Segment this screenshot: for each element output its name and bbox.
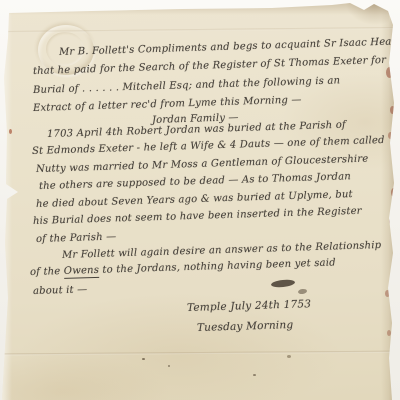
seal-stain — [391, 188, 396, 197]
seal-stain — [388, 132, 393, 139]
seal-stain — [387, 330, 391, 336]
paper-corner-tear — [343, 3, 389, 27]
paper-speck — [142, 358, 145, 360]
paper-speck — [287, 355, 291, 358]
seal-stain — [386, 67, 393, 78]
seal-stain — [389, 217, 395, 225]
paper-speck — [168, 365, 170, 367]
seal-stain — [390, 106, 395, 114]
letter-line: Extract of a letter rec'd from Lyme this… — [33, 95, 302, 114]
paper-speck — [253, 374, 256, 376]
letter-line: Mr B. Follett's Compliments and begs to … — [59, 36, 400, 58]
ink-smudge — [271, 279, 296, 288]
fold-crease-bottom — [2, 351, 397, 356]
letter-line-owens-pre: of the — [30, 266, 64, 278]
letter-signoff: Tuesday Morning — [197, 319, 294, 334]
letter-line: of the Parish — — [36, 231, 117, 245]
aged-paper-sheet: Mr B. Follett's Compliments and begs to … — [2, 3, 397, 400]
letter-line: about it — — [33, 284, 88, 297]
letter-line: Burial of . . . . . . Mitchell Esq; and … — [33, 75, 341, 96]
paper-left-edge-highlight — [2, 3, 12, 400]
paper-top-edge-shadow — [2, 3, 397, 15]
ink-smudge-small — [298, 288, 308, 294]
underlined-word-owens: Owens — [64, 265, 100, 279]
fold-crease-vertical — [2, 3, 4, 145]
letter-line: the others are supposed to be dead — As … — [39, 171, 351, 192]
letter-photo: Mr B. Follett's Compliments and begs to … — [0, 0, 400, 400]
letter-line-owens-post: to the Jordans, nothing having been yet … — [99, 257, 336, 275]
letter-dateline: Temple July 24th 1753 — [187, 298, 312, 314]
letter-line: his Burial does not seem to have been in… — [33, 206, 362, 227]
seal-stain — [385, 290, 390, 297]
paper-speck — [9, 129, 12, 134]
